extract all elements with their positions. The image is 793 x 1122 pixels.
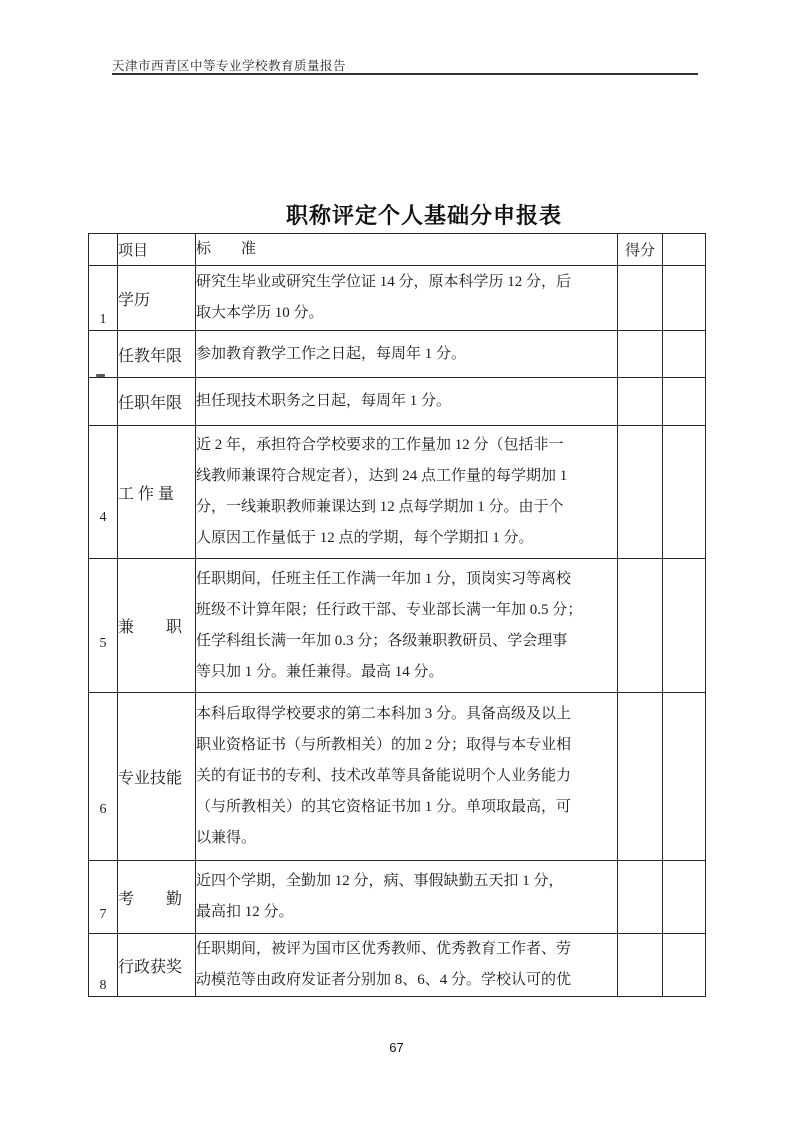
table-row: 8 行政获奖 任职期间，被评为国市区优秀教师、优秀教育工作者、劳 动模范等由政府… [89,934,706,997]
extra-cell [663,331,706,378]
item-cell: 行政获奖 [118,934,196,997]
extra-cell [663,266,706,331]
score-cell [618,934,663,997]
page-title: 职称评定个人基础分申报表 [0,199,793,230]
standard-cell: 任职期间，任班主任工作满一年加 1 分，顶岗实习等离校 班级不计算年限；任行政干… [196,559,618,693]
extra-cell [663,559,706,693]
header-rule [112,73,698,75]
page-number: 67 [0,1040,793,1055]
table-row: 4 工 作 量 近 2 年，承担符合学校要求的工作量加 12 分（包括非一 线教… [89,426,706,559]
table-row: 任教年限 参加教育教学工作之日起，每周年 1 分。 [89,331,706,378]
standard-cell: 任职期间，被评为国市区优秀教师、优秀教育工作者、劳 动模范等由政府发证者分别加 … [196,934,618,997]
table-row: 1 学历 研究生毕业或研究生学位证 14 分，原本科学历 12 分，后 取大本学… [89,266,706,331]
row-number-cell [89,378,118,426]
standard-cell: 研究生毕业或研究生学位证 14 分，原本科学历 12 分，后 取大本学历 10 … [196,266,618,331]
item-cell: 考 勤 [118,861,196,934]
score-cell [618,266,663,331]
standard-cell: 本科后取得学校要求的第二本科加 3 分。具备高级及以上 职业资格证书（与所教相关… [196,693,618,861]
table-row: 任职年限 担任现技术职务之日起，每周年 1 分。 [89,378,706,426]
table-row: 5 兼 职 任职期间，任班主任工作满一年加 1 分，顶岗实习等离校 班级不计算年… [89,559,706,693]
row-number-cell: 8 [89,934,118,997]
row-number-cell: 6 [89,693,118,861]
standard-cell: 近四个学期，全勤加 12 分，病、事假缺勤五天扣 1 分， 最高扣 12 分。 [196,861,618,934]
score-cell [618,693,663,861]
score-cell [618,426,663,559]
extra-cell [663,693,706,861]
document-page: 天津市西青区中等专业学校教育质量报告 职称评定个人基础分申报表 项目 标 准 得… [0,0,793,1122]
row-number-cell: 5 [89,559,118,693]
stray-scan-mark [96,374,105,377]
header-standard-cell: 标 准 [196,234,618,266]
header-score-cell: 得分 [618,234,663,266]
extra-cell [663,934,706,997]
row-number-cell: 4 [89,426,118,559]
score-cell [618,331,663,378]
table-header-row: 项目 标 准 得分 [89,234,706,266]
running-header: 天津市西青区中等专业学校教育质量报告 [112,56,346,74]
extra-cell [663,426,706,559]
extra-cell [663,861,706,934]
row-number-cell: 1 [89,266,118,331]
header-extra-cell [663,234,706,266]
table-row: 6 专业技能 本科后取得学校要求的第二本科加 3 分。具备高级及以上 职业资格证… [89,693,706,861]
standard-cell: 近 2 年，承担符合学校要求的工作量加 12 分（包括非一 线教师兼课符合规定者… [196,426,618,559]
standard-cell: 参加教育教学工作之日起，每周年 1 分。 [196,331,618,378]
row-number-cell: 7 [89,861,118,934]
table-row: 7 考 勤 近四个学期，全勤加 12 分，病、事假缺勤五天扣 1 分， 最高扣 … [89,861,706,934]
item-cell: 学历 [118,266,196,331]
item-cell: 工 作 量 [118,426,196,559]
score-table: 项目 标 准 得分 1 学历 研究生毕业或研究生学位证 14 分，原本科学历 1… [88,233,706,997]
score-cell [618,861,663,934]
score-cell [618,559,663,693]
score-cell [618,378,663,426]
standard-cell: 担任现技术职务之日起，每周年 1 分。 [196,378,618,426]
header-item-cell: 项目 [118,234,196,266]
item-cell: 任教年限 [118,331,196,378]
header-no-cell [89,234,118,266]
item-cell: 任职年限 [118,378,196,426]
item-cell: 专业技能 [118,693,196,861]
extra-cell [663,378,706,426]
item-cell: 兼 职 [118,559,196,693]
row-number-cell [89,331,118,378]
